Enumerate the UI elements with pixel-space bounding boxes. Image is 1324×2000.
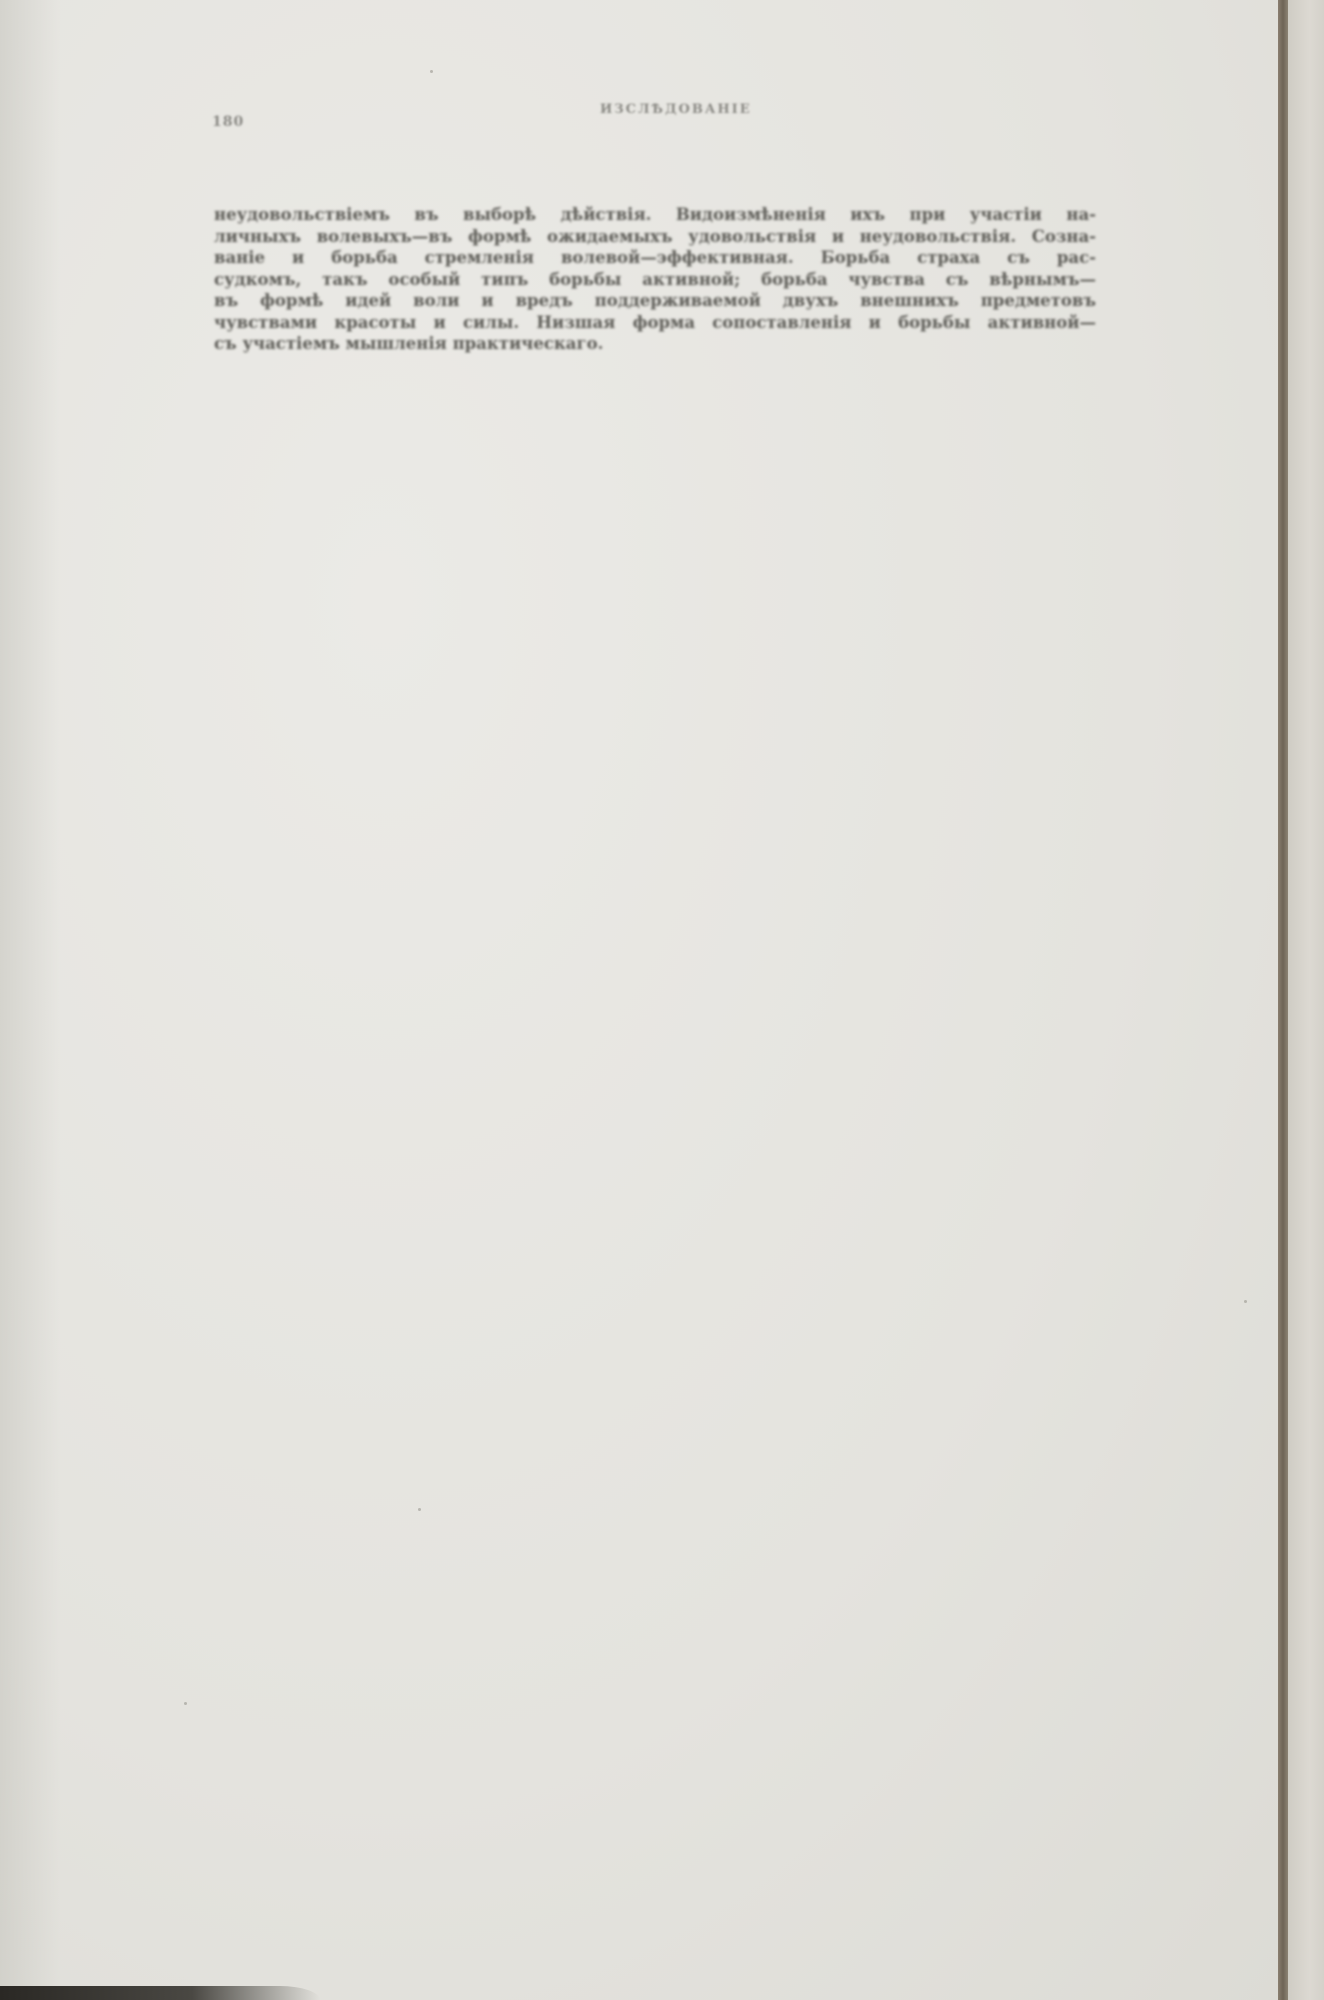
bottom-edge-shadow bbox=[0, 1986, 320, 2000]
text-line: неудовольствіемъ въ выборѣ дѣйствія. Вид… bbox=[214, 204, 1096, 226]
paper-speck bbox=[184, 1702, 187, 1705]
text-line: личныхъ волевыхъ—въ формѣ ожидаемыхъ удо… bbox=[214, 226, 1096, 248]
page-number: 180 bbox=[212, 114, 244, 130]
book-binding-edge bbox=[1278, 0, 1288, 2000]
paper-speck bbox=[430, 70, 433, 73]
page-left-shadow bbox=[0, 0, 60, 2000]
text-line: ваніе и борьба стремленія волевой—эффект… bbox=[214, 247, 1096, 269]
adjacent-page-edge bbox=[1288, 0, 1324, 2000]
running-header: 180 ИЗСЛѢДОВАНІЕ bbox=[212, 100, 1092, 130]
paper-speck bbox=[418, 1508, 421, 1511]
text-line: съ участіемъ мышленія практическаго. bbox=[214, 333, 1096, 355]
text-line: чувствами красоты и силы. Низшая форма с… bbox=[214, 312, 1096, 334]
book-page: 180 ИЗСЛѢДОВАНІЕ неудовольствіемъ въ выб… bbox=[0, 0, 1278, 2000]
text-line: въ формѣ идей воли и вредъ поддерживаемо… bbox=[214, 290, 1096, 312]
running-head-title: ИЗСЛѢДОВАНІЕ bbox=[600, 102, 752, 117]
body-paragraph: неудовольствіемъ въ выборѣ дѣйствія. Вид… bbox=[214, 204, 1096, 355]
paper-speck bbox=[1244, 1300, 1247, 1303]
text-line: судкомъ, такъ особый типъ борьбы активно… bbox=[214, 269, 1096, 291]
